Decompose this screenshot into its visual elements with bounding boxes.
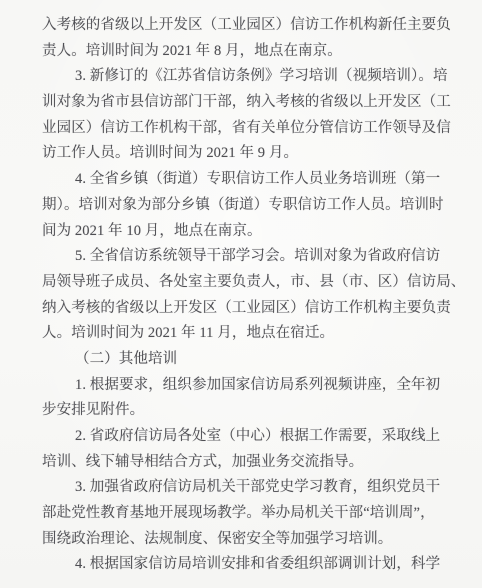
text-line: 入考核的省级以上开发区（工业园区）信访工作机构新任主要负 — [42, 13, 448, 39]
text-line: 访工作人员。培训时间为 2021 年 9 月。 — [42, 141, 448, 167]
text-line: 2. 省政府信访局各处室（中心）根据工作需要，采取线上 — [42, 424, 448, 450]
text-line: 期）。培训对象为部分乡镇（街道）专职信访工作人员。培训时 — [42, 193, 448, 219]
section-heading: （二）其他培训 — [42, 347, 448, 373]
text-line: 3. 新修订的《江苏省信访条例》学习培训（视频培训）。培 — [42, 64, 448, 90]
text-line: 人。培训时间为 2021 年 11 月，地点在宿迁。 — [42, 321, 448, 347]
text-line: 纳入考核的省级以上开发区（工业园区）信访工作机构主要负责 — [42, 296, 448, 322]
text-line: 围绕政治理论、法规制度、保密安全等加强学习培训。 — [42, 527, 448, 553]
text-line: 4. 全省乡镇（街道）专职信访工作人员业务培训班（第一 — [42, 167, 448, 193]
text-line: 4. 根据国家信访局培训安排和省委组织部调训计划，科学 — [42, 552, 448, 578]
text-line: 局领导班子成员、各处室主要负责人，市、县（市、区）信访局、 — [42, 270, 448, 296]
document-page: 入考核的省级以上开发区（工业园区）信访工作机构新任主要负 责人。培训时间为 20… — [0, 0, 482, 588]
text-line: 1. 根据要求，组织参加国家信访局系列视频讲座，全年初 — [42, 373, 448, 399]
text-line: 步安排见附件。 — [42, 398, 448, 424]
text-line: 责人。培训时间为 2021 年 8 月，地点在南京。 — [42, 39, 448, 65]
text-line: 5. 全省信访系统领导干部学习会。培训对象为省政府信访 — [42, 244, 448, 270]
text-line: 培训、线下辅导相结合方式，加强业务交流指导。 — [42, 450, 448, 476]
text-line: 业园区）信访工作机构干部，省有关单位分管信访工作领导及信 — [42, 116, 448, 142]
text-line: 部赴党性教育基地开展现场教学。举办局机关干部“培训周”， — [42, 501, 448, 527]
text-line: 3. 加强省政府信访局机关干部党史学习教育，组织党员干 — [42, 475, 448, 501]
text-line: 训对象为省市县信访部门干部，纳入考核的省级以上开发区（工 — [42, 90, 448, 116]
text-line: 间为 2021 年 10 月，地点在南京。 — [42, 219, 448, 245]
